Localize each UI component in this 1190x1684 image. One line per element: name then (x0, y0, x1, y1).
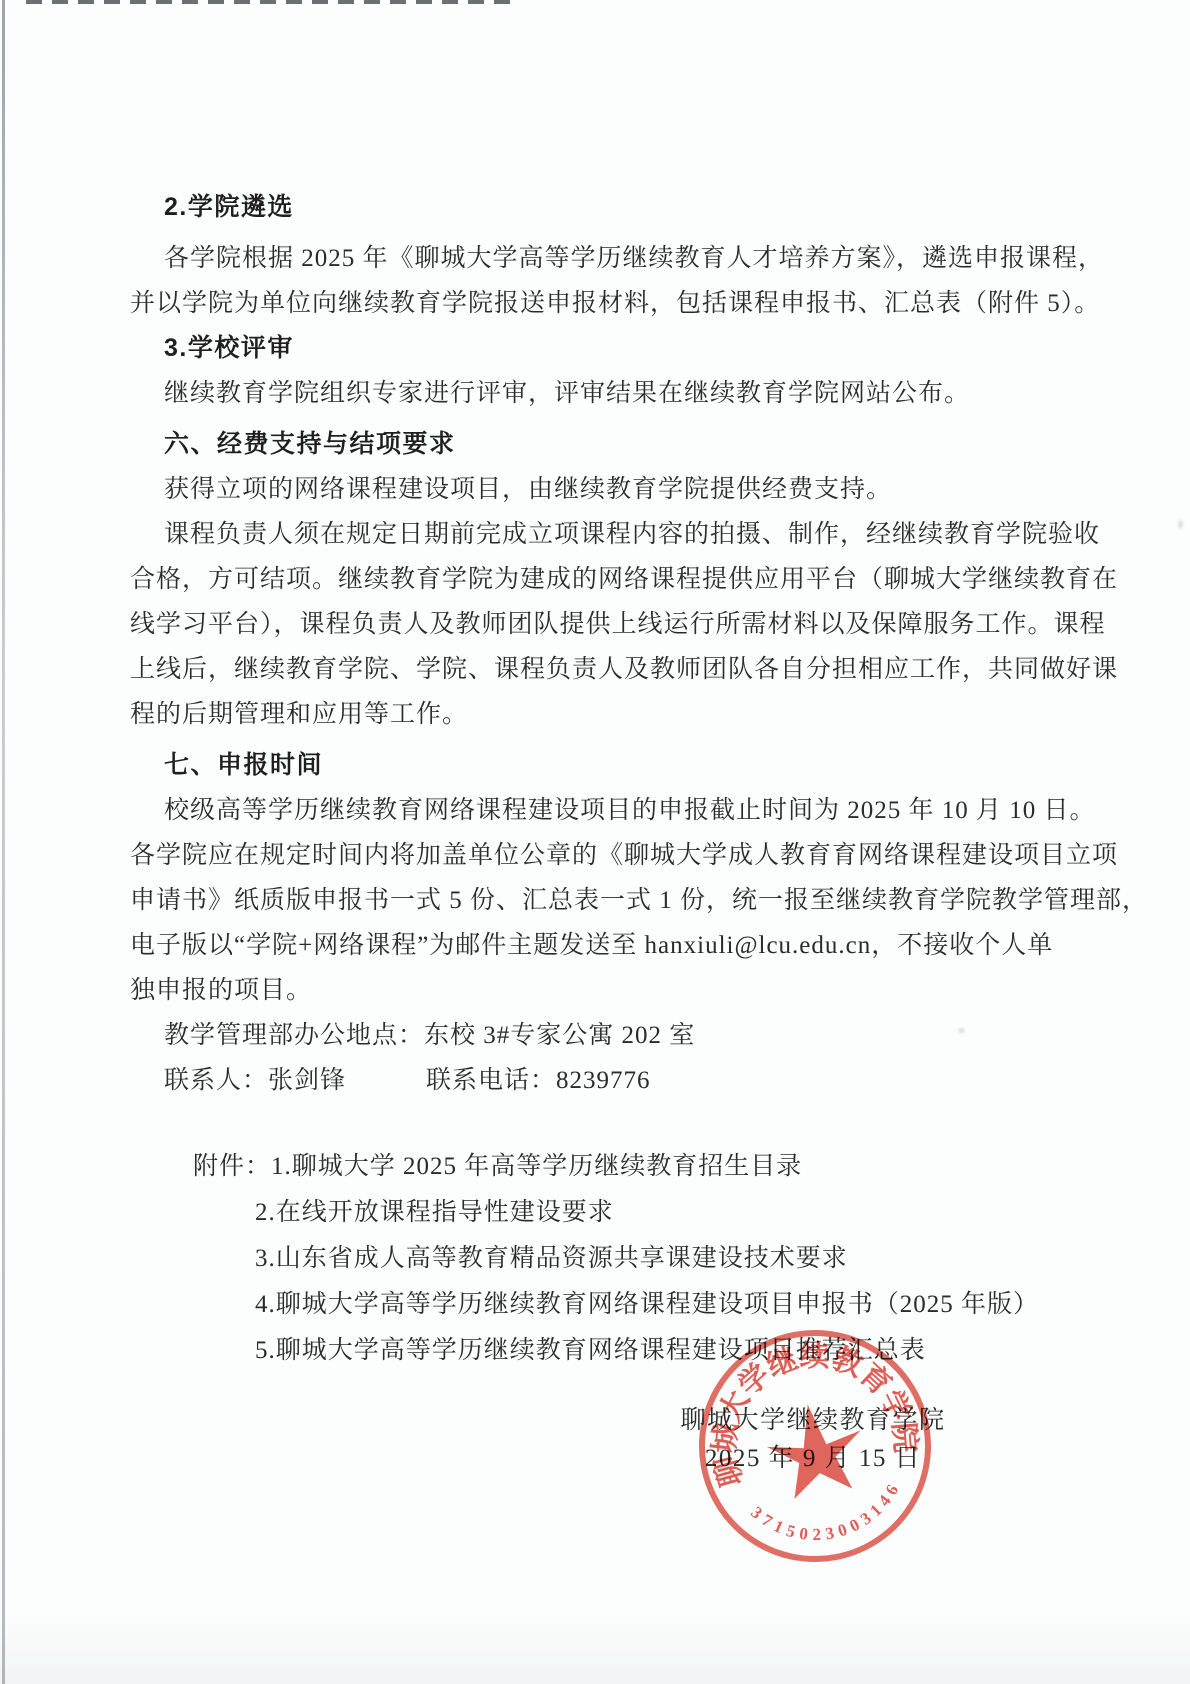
doc-line: 获得立项的网络课程建设项目，由继续教育学院提供经费支持。 (130, 467, 1060, 512)
scan-artifact-top-line (26, 0, 512, 4)
doc-line: 继续教育学院组织专家进行评审，评审结果在继续教育学院网站公布。 (130, 371, 1060, 416)
section-heading: 七、申报时间 (130, 743, 1060, 788)
doc-line: 课程负责人须在规定日期前完成立项课程内容的拍摄、制作，经继续教育学院验收 (130, 512, 1060, 557)
seal-star (761, 1396, 870, 1502)
doc-line: 上线后，继续教育学院、学院、课程负责人及教师团队各自分担相应工作，共同做好课 (130, 647, 1060, 692)
doc-line: 独申报的项目。 (130, 968, 1060, 1013)
contact-phone: 联系电话：8239776 (426, 1067, 651, 1094)
attachment-item: 2.在线开放课程指导性建设要求 (130, 1190, 1060, 1236)
doc-line: 校级高等学历继续教育网络课程建设项目的申报截止时间为 2025 年 10 月 1… (130, 788, 1060, 833)
section-heading: 2.学院遴选 (130, 185, 1060, 230)
document-body: 2.学院遴选 各学院根据 2025 年《聊城大学高等学历继续教育人才培养方案》，… (130, 185, 1060, 1103)
seal-code: 3715023003146 (745, 1478, 910, 1557)
official-seal: 聊城大学继续教育学院 3715023003146 (670, 1301, 960, 1591)
doc-line: 各学院根据 2025 年《聊城大学高等学历继续教育人才培养方案》，遴选申报课程， (130, 236, 1060, 281)
doc-line: 电子版以“学院+网络课程”为邮件主题发送至 hanxiuli@lcu.edu.c… (130, 923, 1060, 968)
contact-line: 联系人：张剑锋联系电话：8239776 (130, 1058, 1060, 1103)
section-heading: 3.学校评审 (130, 326, 1060, 371)
doc-line: 合格，方可结项。继续教育学院为建成的网络课程提供应用平台（聊城大学继续教育在 (130, 557, 1060, 602)
scan-artifact-speck (1178, 520, 1183, 529)
doc-line: 申请书》纸质版申报书一式 5 份、汇总表一式 1 份，统一报至继续教育学院教学管… (130, 878, 1060, 923)
doc-line: 程的后期管理和应用等工作。 (130, 692, 1060, 737)
attachment-item: 3.山东省成人高等教育精品资源共享课建设技术要求 (130, 1236, 1060, 1282)
doc-line: 并以学院为单位向继续教育学院报送申报材料，包括课程申报书、汇总表（附件 5）。 (130, 281, 1060, 326)
attachment-title: 1.聊城大学 2025 年高等学历继续教育招生目录 (271, 1153, 802, 1180)
doc-line: 线学习平台），课程负责人及教师团队提供上线运行所需材料以及保障服务工作。课程 (130, 602, 1060, 647)
contact-person: 联系人：张剑锋 (164, 1067, 346, 1094)
document-page: 2.学院遴选 各学院根据 2025 年《聊城大学高等学历继续教育人才培养方案》，… (0, 0, 1190, 1684)
attachments-label: 附件： (193, 1153, 271, 1180)
section-heading: 六、经费支持与结项要求 (130, 422, 1060, 467)
doc-line: 各学院应在规定时间内将加盖单位公章的《聊城大学成人教育育网络课程建设项目立项 (130, 833, 1060, 878)
scan-artifact-left-line (2, 0, 5, 1684)
office-address: 教学管理部办公地点：东校 3#专家公寓 202 室 (130, 1013, 1060, 1058)
attachment-item: 4.聊城大学高等学历继续教育网络课程建设项目申报书（2025 年版） (130, 1282, 1060, 1328)
attachment-item: 附件：1.聊城大学 2025 年高等学历继续教育招生目录 (130, 1144, 1060, 1190)
